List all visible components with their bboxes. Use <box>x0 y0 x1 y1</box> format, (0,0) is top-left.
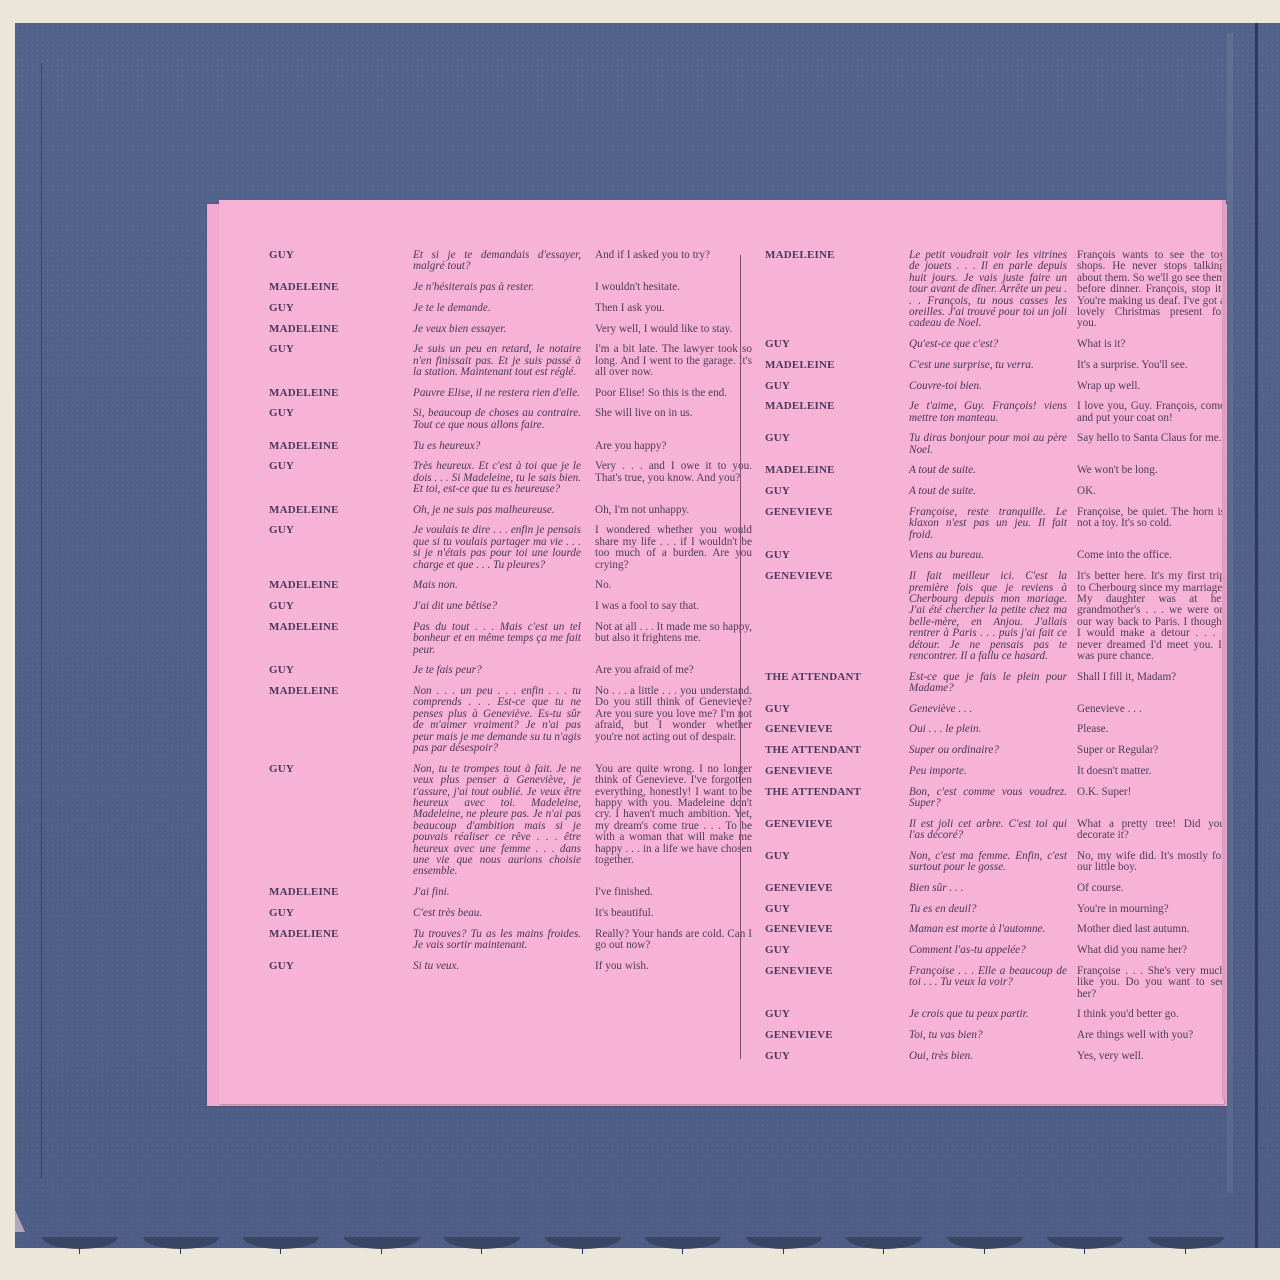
french-line: Peu importe. <box>909 766 1067 777</box>
umbrella-icon <box>947 1237 1023 1249</box>
dialogue-row: GENEVIEVEBien sûr . . .Of course. <box>765 883 1225 894</box>
english-line: She will live on in us. <box>595 408 752 431</box>
french-line: Oh, je ne suis pas malheureuse. <box>413 505 581 516</box>
french-line: Couvre-toi bien. <box>909 381 1067 392</box>
dialogue-row: MADELEINEPas du tout . . . Mais c'est un… <box>269 622 739 656</box>
dialogue-row: GUYTrès heureux. Et c'est à toi que je l… <box>269 461 739 495</box>
french-line: Tu es en deuil? <box>909 904 1067 915</box>
english-line: We won't be long. <box>1077 465 1225 476</box>
dialogue-row: GUYTu es en deuil?You're in mourning? <box>765 904 1225 915</box>
speaker-name: THE ATTENDANT <box>765 672 899 695</box>
speaker-name: GENEVIEVE <box>765 766 899 777</box>
speaker-name: MADELEINE <box>269 388 399 399</box>
dialogue-row: GUYNon, tu te trompes tout à fait. Je ne… <box>269 764 739 878</box>
dialogue-row: MADELEINELe petit voudrait voir les vitr… <box>765 250 1225 330</box>
french-line: Super ou ordinaire? <box>909 745 1067 756</box>
libretto-sheet: GUYEt si je te demandais d'essayer, malg… <box>219 200 1224 1104</box>
english-line: Please. <box>1077 724 1225 735</box>
speaker-name: GUY <box>765 945 899 956</box>
french-line: A tout de suite. <box>909 486 1067 497</box>
english-line: You're in mourning? <box>1077 904 1225 915</box>
french-line: Mais non. <box>413 580 581 591</box>
english-line: Of course. <box>1077 883 1225 894</box>
speaker-name: GUY <box>765 433 899 456</box>
speaker-name: GUY <box>269 908 399 919</box>
speaker-name: GUY <box>269 461 399 495</box>
french-line: Non, c'est ma femme. Enfin, c'est surtou… <box>909 851 1067 874</box>
dialogue-row: GUYViens au bureau.Come into the office. <box>765 550 1225 561</box>
left-column: GUYEt si je te demandais d'essayer, malg… <box>269 250 739 981</box>
dialogue-row: GUYCouvre-toi bien.Wrap up well. <box>765 381 1225 392</box>
french-line: Je veux bien essayer. <box>413 324 581 335</box>
speaker-name: GUY <box>765 550 899 561</box>
speaker-name: GUY <box>765 904 899 915</box>
speaker-name: MADELEINE <box>765 465 899 476</box>
english-line: Are you happy? <box>595 441 752 452</box>
dialogue-row: GUYQu'est-ce que c'est?What is it? <box>765 339 1225 350</box>
french-line: Oui, très bien. <box>909 1051 1067 1062</box>
french-line: Pas du tout . . . Mais c'est un tel bonh… <box>413 622 581 656</box>
speaker-name: GUY <box>269 961 399 972</box>
speaker-name: GENEVIEVE <box>765 507 899 541</box>
speaker-name: GUY <box>269 764 399 878</box>
english-line: Come into the office. <box>1077 550 1225 561</box>
dialogue-row: MADELEINEJe veux bien essayer.Very well,… <box>269 324 739 335</box>
dialogue-row: GENEVIEVEOui . . . le plein.Please. <box>765 724 1225 735</box>
french-line: Pauvre Elise, il ne restera rien d'elle. <box>413 388 581 399</box>
speaker-name: GUY <box>765 486 899 497</box>
umbrella-icon <box>42 1237 118 1249</box>
english-line: Françoise, be quiet. The horn is not a t… <box>1077 507 1225 541</box>
dialogue-row: GENEVIEVEFrançoise . . . Elle a beaucoup… <box>765 966 1225 1000</box>
speaker-name: GENEVIEVE <box>765 966 899 1000</box>
speaker-name: THE ATTENDANT <box>765 745 899 756</box>
french-line: Tu diras bonjour pour moi au père Noel. <box>909 433 1067 456</box>
french-line: Si, beaucoup de choses au contraire. Tou… <box>413 408 581 431</box>
dialogue-row: GUYTu diras bonjour pour moi au père Noe… <box>765 433 1225 456</box>
dialogue-row: GUYSi tu veux.If you wish. <box>269 961 739 972</box>
english-line: Yes, very well. <box>1077 1051 1225 1062</box>
speaker-name: GUY <box>765 704 899 715</box>
speaker-name: GUY <box>765 851 899 874</box>
english-line: Are things well with you? <box>1077 1030 1225 1041</box>
speaker-name: GUY <box>765 1051 899 1062</box>
dialogue-row: GUYNon, c'est ma femme. Enfin, c'est sur… <box>765 851 1225 874</box>
speaker-name: GENEVIEVE <box>765 571 899 662</box>
english-line: Genevieve . . . <box>1077 704 1225 715</box>
dialogue-row: GUYOui, très bien.Yes, very well. <box>765 1051 1225 1062</box>
english-line: I've finished. <box>595 887 752 898</box>
english-line: It's better here. It's my first trip to … <box>1077 571 1225 662</box>
umbrella-icon <box>243 1237 319 1249</box>
dialogue-row: MADELEINEJe n'hésiterais pas à rester.I … <box>269 282 739 293</box>
dialogue-row: MADELEINEC'est une surprise, tu verra.It… <box>765 360 1225 371</box>
speaker-name: GUY <box>269 665 399 676</box>
speaker-name: GUY <box>269 601 399 612</box>
english-line: Say hello to Santa Claus for me. <box>1077 433 1225 456</box>
dialogue-row: GENEVIEVEToi, tu vas bien?Are things wel… <box>765 1030 1225 1041</box>
french-line: Non . . . un peu . . . enfin . . . tu co… <box>413 686 581 754</box>
english-line: Not at all . . . It made me so happy, bu… <box>595 622 752 656</box>
speaker-name: MADELEINE <box>269 580 399 591</box>
speaker-name: GUY <box>269 525 399 571</box>
speaker-name: MADELEINE <box>269 686 399 754</box>
dialogue-row: GUYA tout de suite.OK. <box>765 486 1225 497</box>
dialogue-row: GUYC'est très beau.It's beautiful. <box>269 908 739 919</box>
dialogue-row: MADELEINEJe t'aime, Guy. François! viens… <box>765 401 1225 424</box>
french-line: Est-ce que je fais le plein pour Madame? <box>909 672 1067 695</box>
corner-tear <box>15 1210 25 1232</box>
speaker-name: MADELEINE <box>269 887 399 898</box>
dialogue-row: GUYJe suis un peu en retard, le notaire … <box>269 344 739 378</box>
english-line: Poor Elise! So this is the end. <box>595 388 752 399</box>
english-line: I love you, Guy. François, come and put … <box>1077 401 1225 424</box>
english-line: OK. <box>1077 486 1225 497</box>
dialogue-row: GUYJ'ai dit une bêtise?I was a fool to s… <box>269 601 739 612</box>
umbrella-icon <box>444 1237 520 1249</box>
french-line: Françoise . . . Elle a beaucoup de toi .… <box>909 966 1067 1000</box>
french-line: A tout de suite. <box>909 465 1067 476</box>
english-line: I'm a bit late. The lawyer took so long.… <box>595 344 752 378</box>
english-line: It's beautiful. <box>595 908 752 919</box>
english-line: What did you name her? <box>1077 945 1225 956</box>
speaker-name: GUY <box>269 344 399 378</box>
english-line: I wondered whether you would share my li… <box>595 525 752 571</box>
dialogue-row: GUYJe voulais te dire . . . enfin je pen… <box>269 525 739 571</box>
english-line: If you wish. <box>595 961 752 972</box>
speaker-name: MADELEINE <box>765 360 899 371</box>
french-line: Je te le demande. <box>413 303 581 314</box>
english-line: Wrap up well. <box>1077 381 1225 392</box>
french-line: Je te fais peur? <box>413 665 581 676</box>
french-line: Non, tu te trompes tout à fait. Je ne ve… <box>413 764 581 878</box>
umbrella-icon <box>846 1237 922 1249</box>
dialogue-row: GUYGeneviève . . .Genevieve . . . <box>765 704 1225 715</box>
english-line: No . . . a little . . . you understand. … <box>595 686 752 754</box>
english-line: It's a surprise. You'll see. <box>1077 360 1225 371</box>
english-line: Shall I fill it, Madam? <box>1077 672 1225 695</box>
french-line: Viens au bureau. <box>909 550 1067 561</box>
speaker-name: GENEVIEVE <box>765 724 899 735</box>
dialogue-row: GENEVIEVEIl fait meilleur ici. C'est la … <box>765 571 1225 662</box>
speaker-name: GENEVIEVE <box>765 883 899 894</box>
french-line: J'ai dit une bêtise? <box>413 601 581 612</box>
english-line: François wants to see the toy shops. He … <box>1077 250 1225 330</box>
french-line: Françoise, reste tranquille. Le klaxon n… <box>909 507 1067 541</box>
dialogue-row: GUYJe te fais peur?Are you afraid of me? <box>269 665 739 676</box>
dialogue-row: GENEVIEVEFrançoise, reste tranquille. Le… <box>765 507 1225 541</box>
english-line: Super or Regular? <box>1077 745 1225 756</box>
english-line: Oh, I'm not unhappy. <box>595 505 752 516</box>
speaker-name: MADELEINE <box>269 505 399 516</box>
dialogue-row: GUYComment l'as-tu appelée?What did you … <box>765 945 1225 956</box>
french-line: C'est très beau. <box>413 908 581 919</box>
french-line: Et si je te demandais d'essayer, malgré … <box>413 250 581 273</box>
french-line: Je n'hésiterais pas à rester. <box>413 282 581 293</box>
dialogue-row: GUYEt si je te demandais d'essayer, malg… <box>269 250 739 273</box>
dialogue-row: THE ATTENDANTEst-ce que je fais le plein… <box>765 672 1225 695</box>
french-line: Qu'est-ce que c'est? <box>909 339 1067 350</box>
french-line: Bien sûr . . . <box>909 883 1067 894</box>
speaker-name: MADELEINE <box>269 441 399 452</box>
french-line: Tu es heureux? <box>413 441 581 452</box>
english-line: No, my wife did. It's mostly for our lit… <box>1077 851 1225 874</box>
dialogue-row: GENEVIEVEIl est joli cet arbre. C'est to… <box>765 819 1225 842</box>
french-line: Le petit voudrait voir les vitrines de j… <box>909 250 1067 330</box>
french-line: Bon, c'est comme vous voudrez. Super? <box>909 787 1067 810</box>
umbrella-icon <box>746 1237 822 1249</box>
speaker-name: MADELEINE <box>765 401 899 424</box>
english-line: I wouldn't hesitate. <box>595 282 752 293</box>
speaker-name: GENEVIEVE <box>765 924 899 935</box>
dialogue-row: THE ATTENDANTSuper ou ordinaire?Super or… <box>765 745 1225 756</box>
speaker-name: MADELEINE <box>765 250 899 330</box>
dialogue-row: THE ATTENDANTBon, c'est comme vous voudr… <box>765 787 1225 810</box>
french-line: Il fait meilleur ici. C'est la première … <box>909 571 1067 662</box>
dialogue-row: MADELEINETu es heureux?Are you happy? <box>269 441 739 452</box>
english-line: What is it? <box>1077 339 1225 350</box>
umbrella-icon <box>1047 1237 1123 1249</box>
french-line: Je crois que tu peux partir. <box>909 1009 1067 1020</box>
french-line: Je t'aime, Guy. François! viens mettre t… <box>909 401 1067 424</box>
umbrella-icon <box>143 1237 219 1249</box>
english-line: O.K. Super! <box>1077 787 1225 810</box>
french-line: Tu trouves? Tu as les mains froides. Je … <box>413 929 581 952</box>
french-line: Je suis un peu en retard, le notaire n'e… <box>413 344 581 378</box>
french-line: Si tu veux. <box>413 961 581 972</box>
dialogue-row: GUYJe te le demande.Then I ask you. <box>269 303 739 314</box>
english-line: Very . . . and I owe it to you. That's t… <box>595 461 752 495</box>
speaker-name: GUY <box>765 381 899 392</box>
english-line: Really? Your hands are cold. Can I go ou… <box>595 929 752 952</box>
english-line: I think you'd better go. <box>1077 1009 1225 1020</box>
speaker-name: GUY <box>269 408 399 431</box>
umbrella-icon <box>344 1237 420 1249</box>
speaker-name: GUY <box>269 303 399 314</box>
english-line: Mother died last autumn. <box>1077 924 1225 935</box>
umbrella-icon <box>545 1237 621 1249</box>
french-line: Il est joli cet arbre. C'est toi qui l'a… <box>909 819 1067 842</box>
umbrella-icon <box>1148 1237 1224 1249</box>
french-line: Maman est morte à l'automne. <box>909 924 1067 935</box>
column-divider <box>740 255 741 1059</box>
french-line: Comment l'as-tu appelée? <box>909 945 1067 956</box>
dialogue-row: GUYJe crois que tu peux partir.I think y… <box>765 1009 1225 1020</box>
french-line: J'ai fini. <box>413 887 581 898</box>
english-line: Françoise . . . She's very much like you… <box>1077 966 1225 1000</box>
dialogue-row: MADELEINEA tout de suite.We won't be lon… <box>765 465 1225 476</box>
english-line: It doesn't matter. <box>1077 766 1225 777</box>
speaker-name: THE ATTENDANT <box>765 787 899 810</box>
french-line: Toi, tu vas bien? <box>909 1030 1067 1041</box>
english-line: Are you afraid of me? <box>595 665 752 676</box>
dialogue-row: MADELEINENon . . . un peu . . . enfin . … <box>269 686 739 754</box>
dialogue-row: GENEVIEVEPeu importe.It doesn't matter. <box>765 766 1225 777</box>
english-line: No. <box>595 580 752 591</box>
dialogue-row: GENEVIEVEMaman est morte à l'automne.Mot… <box>765 924 1225 935</box>
speaker-name: GUY <box>765 339 899 350</box>
dialogue-row: MADELIENETu trouves? Tu as les mains fro… <box>269 929 739 952</box>
french-line: Très heureux. Et c'est à toi que je le d… <box>413 461 581 495</box>
speaker-name: GENEVIEVE <box>765 819 899 842</box>
english-line: And if I asked you to try? <box>595 250 752 273</box>
french-line: Geneviève . . . <box>909 704 1067 715</box>
speaker-name: GUY <box>269 250 399 273</box>
umbrella-icon <box>645 1237 721 1249</box>
speaker-name: MADELEINE <box>269 324 399 335</box>
speaker-name: GENEVIEVE <box>765 1030 899 1041</box>
right-column: MADELEINELe petit voudrait voir les vitr… <box>765 250 1225 1071</box>
speaker-name: MADELEINE <box>269 622 399 656</box>
dialogue-row: MADELEINEPauvre Elise, il ne restera rie… <box>269 388 739 399</box>
dialogue-row: MADELEINEOh, je ne suis pas malheureuse.… <box>269 505 739 516</box>
english-line: Then I ask you. <box>595 303 752 314</box>
dialogue-row: MADELEINEJ'ai fini.I've finished. <box>269 887 739 898</box>
english-line: I was a fool to say that. <box>595 601 752 612</box>
french-line: Oui . . . le plein. <box>909 724 1067 735</box>
english-line: What a pretty tree! Did you decorate it? <box>1077 819 1225 842</box>
spine-highlight <box>1227 33 1233 1193</box>
speaker-name: GUY <box>765 1009 899 1020</box>
french-line: Je voulais te dire . . . enfin je pensai… <box>413 525 581 571</box>
dialogue-row: GUYSi, beaucoup de choses au contraire. … <box>269 408 739 431</box>
cover-fold-line <box>41 63 42 1178</box>
dialogue-row: MADELEINEMais non.No. <box>269 580 739 591</box>
speaker-name: MADELIENE <box>269 929 399 952</box>
english-line: You are quite wrong. I no longer think o… <box>595 764 752 878</box>
french-line: C'est une surprise, tu verra. <box>909 360 1067 371</box>
spine-crease <box>1255 23 1258 1248</box>
umbrella-border <box>42 1237 1242 1277</box>
speaker-name: MADELEINE <box>269 282 399 293</box>
sheet-edge <box>1222 200 1226 1100</box>
english-line: Very well, I would like to stay. <box>595 324 752 335</box>
